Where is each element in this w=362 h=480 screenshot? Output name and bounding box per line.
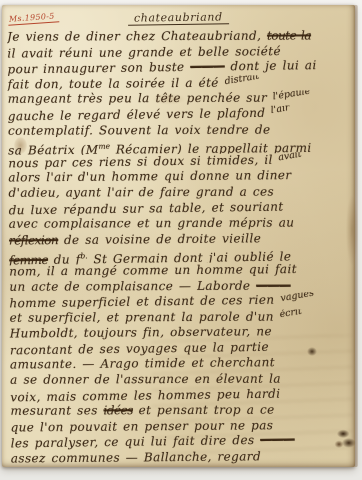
manuscript-body: Je viens de diner chez Chateaubriand, to… bbox=[7, 28, 354, 468]
manuscript-text: avait bbox=[277, 151, 303, 165]
struck-text: femme bbox=[9, 253, 48, 265]
struck-text: réflexion bbox=[9, 233, 58, 247]
manuscript-text: avec complaisance et un grande mépris au bbox=[9, 216, 295, 231]
manuscript-text: assez communes — Ballanche, regard bbox=[11, 449, 261, 465]
manuscript-text: me bbox=[98, 142, 110, 151]
manuscript-line: avec complaisance et un grande mépris au bbox=[9, 215, 352, 232]
manuscript-text: pour innaugurer son buste bbox=[7, 60, 190, 77]
manuscript-text: vagues bbox=[279, 292, 315, 307]
manuscript-text: distrait bbox=[223, 74, 260, 89]
manuscript-text: l'épaule bbox=[272, 91, 312, 106]
manuscript-text: a se donner de l'assurance en élevant la bbox=[10, 372, 281, 387]
manuscript-text: fait don, toute la soirée il a été bbox=[8, 75, 225, 91]
manuscript-text: écrit bbox=[278, 309, 303, 323]
manuscript-text: et superficiel, et prenant la parole d'u… bbox=[10, 309, 280, 324]
manuscript-text: mesurant ses bbox=[10, 404, 103, 418]
manuscript-text: du f bbox=[48, 253, 81, 266]
manuscript-line: assez communes — Ballanche, regard bbox=[11, 449, 354, 468]
manuscript-line: mesurant ses idées et pensant trop a ce bbox=[10, 402, 353, 419]
manuscript-text: que l'on pouvait en penser pour ne pas bbox=[11, 418, 274, 434]
struck-text: idées bbox=[103, 403, 132, 417]
manuscript-text: sa Béatrix (M bbox=[8, 143, 98, 155]
manuscript-text: il avait réuni une grande et belle socié… bbox=[7, 44, 281, 60]
manuscript-text: un acte de complaisance — Laborde bbox=[9, 278, 256, 293]
manuscript-text: contemplatif. Souvent la voix tendre de bbox=[8, 122, 271, 137]
manuscript-text: gauche le regard élevé vers le plafond bbox=[8, 106, 272, 124]
manuscript-text: Je viens de diner chez Chateaubriand, bbox=[7, 29, 267, 44]
manuscript-text: mangeant très peu la tête penchée sur bbox=[8, 91, 273, 106]
manuscript-text: homme superficiel et disant de ces rien bbox=[9, 293, 280, 311]
manuscript-line: Je viens de diner chez Chateaubriand, to… bbox=[7, 28, 350, 45]
manuscript-text: et pensant trop a ce bbox=[133, 403, 275, 418]
manuscript-text: de sa voisine de droite vieille bbox=[58, 231, 261, 247]
struck-text: toute la bbox=[267, 28, 311, 42]
manuscript-text: voix, mais comme les hommes peu hardi bbox=[10, 386, 280, 404]
struck-text: ——— bbox=[190, 60, 225, 74]
page-heading: chateaubriand bbox=[2, 11, 355, 25]
manuscript-line: contemplatif. Souvent la voix tendre de bbox=[8, 122, 351, 139]
manuscript-text: d'adieu, ayant l'air de faire grand a ce… bbox=[8, 185, 274, 200]
manuscript-text: nous par ces riens si doux si timides, i… bbox=[8, 152, 278, 170]
manuscript-text: du luxe répandu sur sa table, et sourian… bbox=[9, 199, 284, 217]
manuscript-text: les paralyser, ce qui lui fait dire des bbox=[11, 433, 261, 450]
page-heading-text: chateaubriand bbox=[128, 10, 229, 25]
manuscript-text: l'air bbox=[270, 105, 291, 119]
struck-text: ——— bbox=[256, 278, 291, 292]
struck-text: ——— bbox=[260, 433, 295, 447]
manuscript-text: Humboldt, toujours fin, observateur, ne bbox=[10, 324, 272, 340]
scan-background: { "document": { "catalog_mark": "Ms.1950… bbox=[0, 0, 362, 480]
manuscript-text: dont je lui ai bbox=[225, 58, 317, 73]
manuscript-text: racontant de ses voyages que la partie bbox=[10, 340, 269, 358]
manuscript-line: et superficiel, et prenant la parole d'u… bbox=[10, 309, 353, 326]
manuscript-page: Ms.1950-5 chateaubriand Je viens de dine… bbox=[2, 5, 355, 467]
